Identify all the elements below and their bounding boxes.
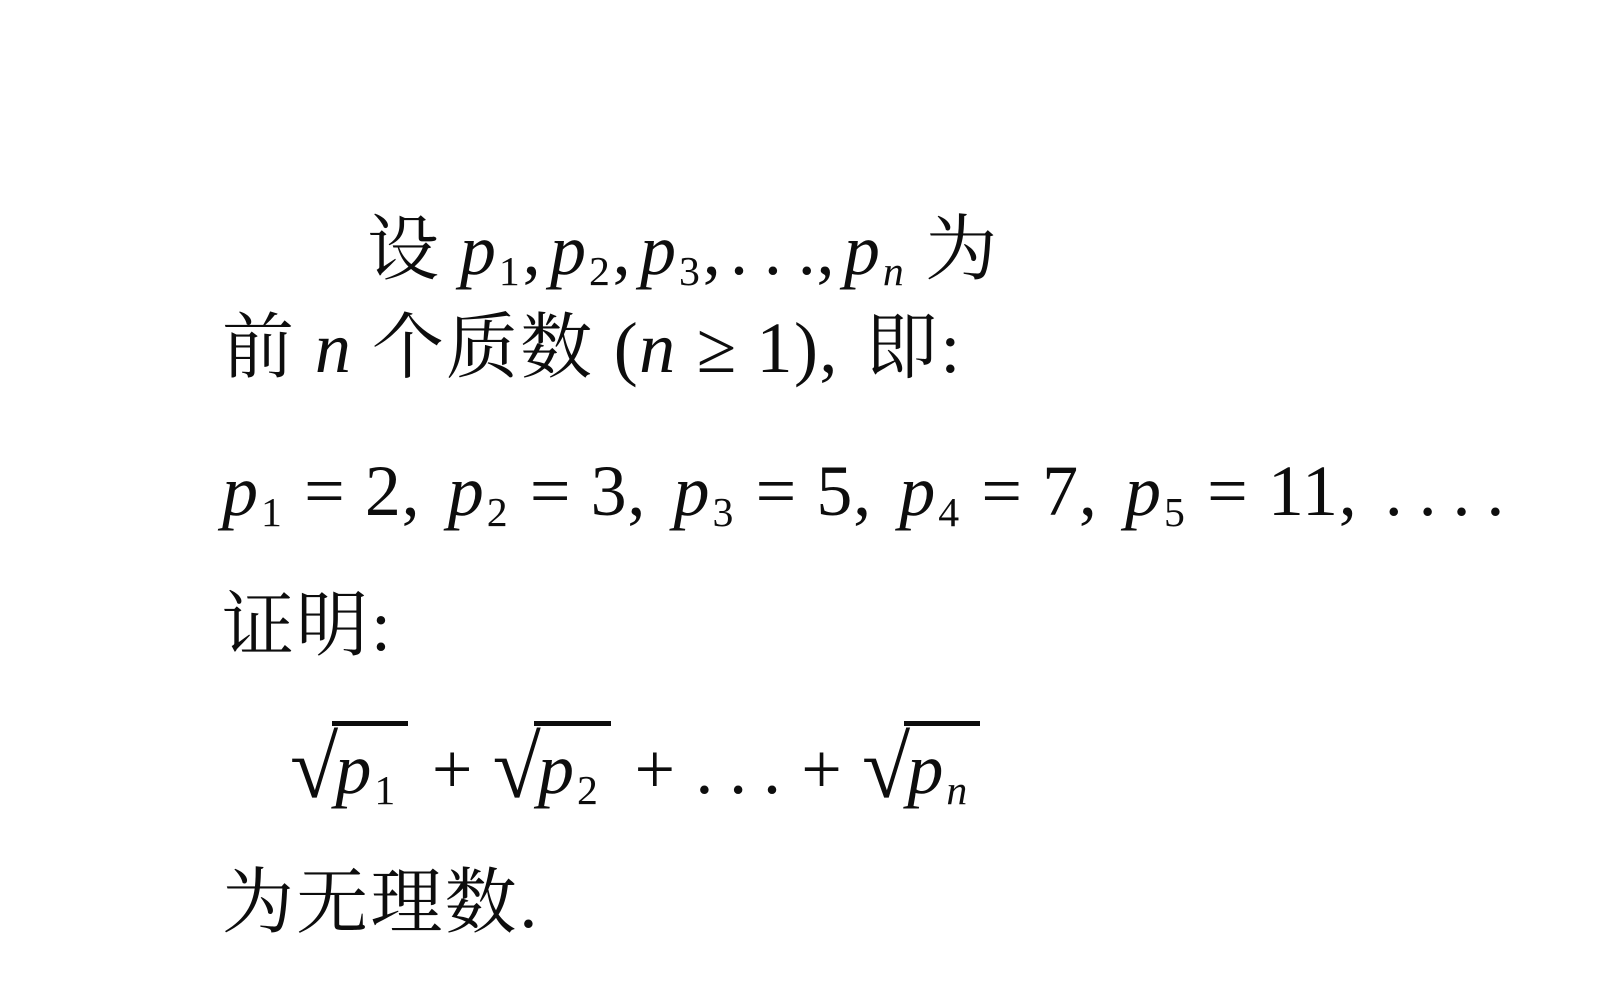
math-variable: n xyxy=(315,308,353,388)
number: 3 xyxy=(591,451,628,531)
ellipsis: . . . . xyxy=(1385,451,1505,531)
math-problem: 设 p1,p2,p3,. . .,pn 为 前 n 个质数 (n ≥ 1), 即… xyxy=(222,208,1505,946)
operator: : xyxy=(940,308,962,388)
space xyxy=(881,451,900,531)
ellipsis: . . . xyxy=(695,729,781,809)
problem-line-3: p1 = 2, p2 = 3, p3 = 5, p4 = 7, p5 = 11,… xyxy=(222,449,1505,539)
sqrt-expression: √p1 xyxy=(290,721,408,813)
cjk-text: 设 xyxy=(367,210,441,290)
math-variable: p xyxy=(222,451,260,531)
comma: , xyxy=(703,210,722,290)
space xyxy=(594,308,613,388)
space xyxy=(736,451,755,531)
comma: , xyxy=(853,451,872,531)
subscript: 3 xyxy=(713,490,735,536)
number: 2 xyxy=(365,451,402,531)
comma: , xyxy=(816,210,835,290)
space xyxy=(738,308,757,388)
cjk-text: 为无理数 xyxy=(222,863,519,943)
operator: ( xyxy=(613,308,639,388)
space xyxy=(353,308,372,388)
space xyxy=(441,210,460,290)
operator: = xyxy=(1206,451,1249,531)
problem-line-2: 前 n 个质数 (n ≥ 1), 即: xyxy=(222,306,1505,391)
subscript: 2 xyxy=(589,249,611,295)
number: 7 xyxy=(1042,451,1079,531)
number: 11 xyxy=(1268,451,1339,531)
math-variable: p xyxy=(550,210,588,290)
subscript: 1 xyxy=(499,249,521,295)
space xyxy=(1106,451,1125,531)
radical-sign: √ xyxy=(290,725,339,813)
space xyxy=(655,451,674,531)
operator: = xyxy=(755,451,798,531)
space xyxy=(1188,451,1207,531)
space xyxy=(285,451,304,531)
sqrt-expression: √pn xyxy=(862,721,980,813)
comma: , xyxy=(819,308,838,388)
math-variable: p xyxy=(640,210,678,290)
math-variable: p xyxy=(899,451,937,531)
space xyxy=(798,451,817,531)
operator: + xyxy=(431,729,474,809)
comma: , xyxy=(523,210,542,290)
cjk-text: 个质数 xyxy=(372,308,594,388)
radicand: p1 xyxy=(332,721,408,813)
subscript: 1 xyxy=(374,768,396,814)
math-variable: n xyxy=(639,308,677,388)
cjk-text: 为 xyxy=(925,210,999,290)
problem-line-6: 为无理数. xyxy=(222,861,1505,946)
space xyxy=(843,729,862,809)
space xyxy=(429,451,448,531)
space xyxy=(510,451,529,531)
cjk-text: 前 xyxy=(222,308,296,388)
radical-sign: √ xyxy=(493,725,542,813)
subscript: 5 xyxy=(1164,490,1186,536)
space xyxy=(907,210,926,290)
subscript: n xyxy=(946,768,968,814)
ellipsis: . . . xyxy=(730,210,816,290)
subscript: 4 xyxy=(938,490,960,536)
math-variable: p xyxy=(1125,451,1163,531)
subscript: 3 xyxy=(679,249,701,295)
number: 1 xyxy=(757,308,794,388)
sqrt-expression: √p2 xyxy=(493,721,611,813)
radical-sign: √ xyxy=(862,725,911,813)
operator: . xyxy=(519,863,539,943)
space xyxy=(1023,451,1042,531)
comma: , xyxy=(402,451,421,531)
operator: + xyxy=(800,729,843,809)
space xyxy=(782,729,801,809)
math-variable: p xyxy=(907,729,945,809)
space xyxy=(412,729,431,809)
comma: , xyxy=(613,210,632,290)
operator: = xyxy=(981,451,1024,531)
math-variable: p xyxy=(844,210,882,290)
cjk-text: 证明 xyxy=(222,586,370,666)
operator: : xyxy=(370,586,392,666)
math-variable: p xyxy=(674,451,712,531)
operator: ) xyxy=(793,308,819,388)
operator: = xyxy=(529,451,572,531)
comma: , xyxy=(627,451,646,531)
math-variable: p xyxy=(448,451,486,531)
problem-line-1: 设 p1,p2,p3,. . .,pn 为 xyxy=(222,208,1505,298)
comma: , xyxy=(1339,451,1358,531)
space xyxy=(847,308,866,388)
space xyxy=(1249,451,1268,531)
radicand: p2 xyxy=(534,721,610,813)
subscript: 1 xyxy=(261,490,283,536)
space xyxy=(346,451,365,531)
space xyxy=(474,729,493,809)
math-variable: p xyxy=(460,210,498,290)
cjk-text: 即 xyxy=(865,308,939,388)
operator: + xyxy=(634,729,677,809)
space xyxy=(962,451,981,531)
subscript: n xyxy=(883,249,905,295)
number: 5 xyxy=(816,451,853,531)
space xyxy=(572,451,591,531)
comma: , xyxy=(1079,451,1098,531)
space xyxy=(677,308,696,388)
subscript: 2 xyxy=(577,768,599,814)
math-variable: p xyxy=(335,729,373,809)
subscript: 2 xyxy=(487,490,509,536)
space xyxy=(1366,451,1385,531)
operator: ≥ xyxy=(696,308,738,388)
space xyxy=(296,308,315,388)
space xyxy=(677,729,696,809)
operator: = xyxy=(303,451,346,531)
problem-line-5: √p1 + √p2 + . . . + √pn xyxy=(222,721,1505,813)
radicand: pn xyxy=(904,721,980,813)
problem-line-4: 证明: xyxy=(222,584,1505,669)
math-variable: p xyxy=(538,729,576,809)
space xyxy=(615,729,634,809)
